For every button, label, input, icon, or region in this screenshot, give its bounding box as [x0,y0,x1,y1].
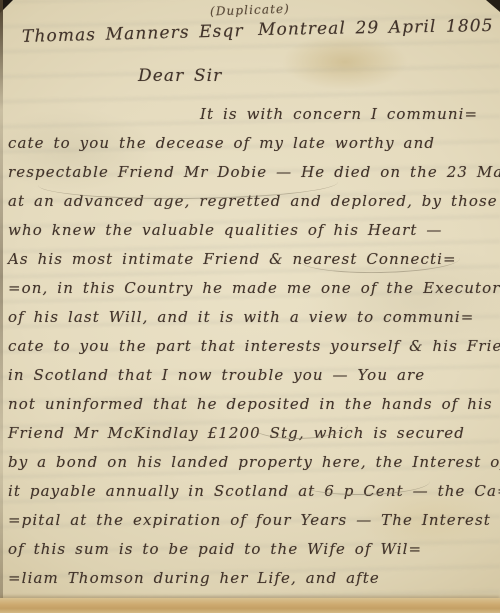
recipient-line: Thomas Manners Esqr [22,21,244,47]
letter-line: As his most intimate Friend & nearest Co… [8,245,500,274]
letter-body: It is with concern I communi= cate to yo… [8,100,500,593]
letter-line: by a bond on his landed property here, t… [8,448,500,477]
letter-scan: (Duplicate) Thomas Manners Esqr Montreal… [0,0,500,613]
letter-line: cate to you the part that interests your… [8,332,500,361]
duplicate-annotation: (Duplicate) [170,0,330,20]
letter-line: not uninformed that he deposited in the … [8,390,500,419]
letter-line: =liam Thomson during her Life, and afte [8,564,500,593]
letter-line: Friend Mr McKindlay £1200 Stg, which is … [8,419,500,448]
letter-line: at an advanced age, regretted and deplor… [8,187,500,216]
letter-line: It is with concern I communi= [8,100,500,129]
letter-line: of his last Will, and it is with a view … [8,303,500,332]
letter-line: respectable Friend Mr Dobie — He died on… [8,158,500,187]
letter-line: cate to you the decease of my late worth… [8,129,500,158]
letter-line: it payable annually in Scotland at 6 p C… [8,477,500,506]
paper-edge-bottom [0,598,500,613]
corner-mark-top-right [486,0,500,12]
paper-edge-left [0,0,3,613]
salutation: Dear Sir [138,66,222,86]
letter-line: =on, in this Country he made me one of t… [8,274,500,303]
letter-line: of this sum is to be paid to the Wife of… [8,535,500,564]
letter-line: =pital at the expiration of four Years —… [8,506,500,535]
letter-line: who knew the valuable qualities of his H… [8,216,500,245]
dateline: Montreal 29 April 1805 [258,16,494,40]
letter-line: in Scotland that I now trouble you — You… [8,361,500,390]
